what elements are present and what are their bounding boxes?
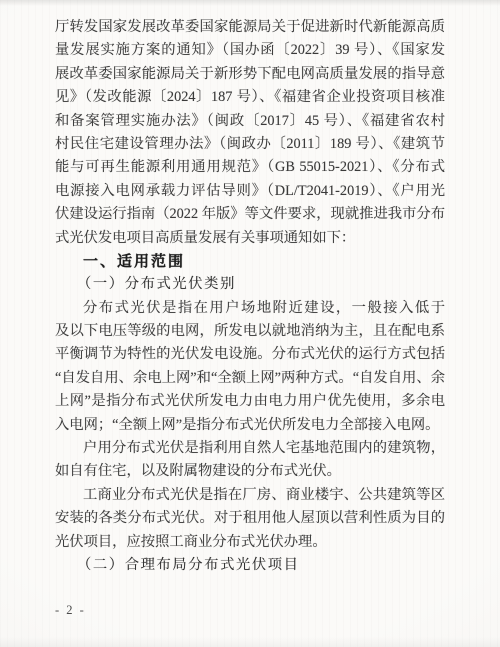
text-line: 入电网；“全额上网”是指分布式光伏所发电力全部接入电网。 (55, 414, 445, 437)
subsection-heading: （二）合理布局分布式光伏项目 (55, 554, 445, 577)
text-line: 安装的各类分布式光伏。对于租用他人屋顶以营利性质为目的的 (55, 507, 445, 530)
text-line: 光伏项目，应按照工商业分布式光伏办理。 (55, 531, 445, 554)
text-line: 展改革委国家能源局关于新形势下配电网高质量发展的指导意 (55, 63, 445, 86)
scanned-document-page: 厅转发国家发展改革委国家能源局关于促进新时代新能源高质量发展实施方案的通知》（国… (0, 0, 500, 647)
section-heading: 一、适用范围 (55, 250, 445, 273)
text-line: 厅转发国家发展改革委国家能源局关于促进新时代新能源高质 (55, 16, 445, 39)
text-line: 和备案管理实施办法》（闽政〔2017〕45 号）、《福建省农村 (55, 110, 445, 133)
text-line: 村民住宅建设管理办法》（闽政办〔2011〕189 号）、《建筑节 (55, 133, 445, 156)
text-line: 见》（发改能源〔2024〕187 号）、《福建省企业投资项目核准 (55, 86, 445, 109)
text-line: 式光伏发电项目高质量发展有关事项通知如下： (55, 227, 445, 250)
text-line: 能与可再生能源利用通用规范》（GB 55015-2021）、《分布式 (55, 156, 445, 179)
text-line: 电源接入电网承载力评估导则》（DL/T2041-2019）、《户用光 (55, 180, 445, 203)
text-line: 上网”是指分布式光伏所发电力由电力用户优先使用，多余电量接 (55, 390, 445, 413)
page-number: - 2 - (55, 603, 86, 618)
text-line: 及以下电压等级的电网，所发电以就地消纳为主，且在配电系统 (55, 320, 445, 343)
subsection-heading: （一）分布式光伏类别 (55, 273, 445, 296)
text-line: 量发展实施方案的通知》（国办函〔2022〕39 号）、《国家发 (55, 39, 445, 62)
document-body: 厅转发国家发展改革委国家能源局关于促进新时代新能源高质量发展实施方案的通知》（国… (55, 16, 445, 577)
text-line: “自发自用、余电上网”和“全额上网”两种方式。“自发自用、余电 (55, 367, 445, 390)
text-line: 伏建设运行指南（2022 年版》等文件要求，现就推进我市分布 (55, 203, 445, 226)
text-line: 户用分布式光伏是指利用自然人宅基地范围内的建筑物，比 (55, 437, 445, 460)
text-line: 平衡调节为特性的光伏发电设施。分布式光伏的运行方式包括 (55, 343, 445, 366)
text-line: 分布式光伏是指在用户场地附近建设，一般接入低于 35kV (55, 297, 445, 320)
text-line: 工商业分布式光伏是指在厂房、商业楼宇、公共建筑等区域 (55, 484, 445, 507)
text-line: 如自有住宅，以及附属物建设的分布式光伏。 (55, 460, 445, 483)
